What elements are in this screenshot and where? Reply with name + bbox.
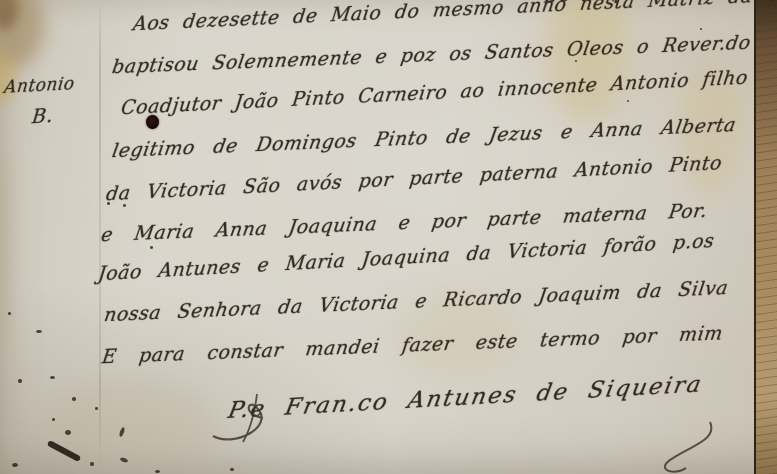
ink-speck <box>52 418 55 421</box>
ink-speck <box>627 100 629 102</box>
ink-blot <box>146 115 159 129</box>
ink-speck <box>72 397 76 401</box>
ink-speck <box>575 60 577 62</box>
record-line-5: da Victoria São avós por parte paterna A… <box>105 152 724 205</box>
stain-top-center <box>548 0 628 122</box>
ink-speck <box>65 430 71 435</box>
record-line-8: nossa Senhora da Victoria e Ricardo Joaq… <box>103 277 730 326</box>
ink-speck <box>120 457 129 463</box>
margin-note-initial: B. <box>31 104 54 128</box>
ink-speck <box>107 202 110 205</box>
stain-left-mid <box>0 150 10 350</box>
ink-slash-mark <box>47 440 82 462</box>
ink-speck <box>230 468 234 471</box>
margin-note-name: Antonio <box>3 74 76 98</box>
stain-top-left-dark <box>0 0 18 30</box>
ink-speck <box>50 376 55 379</box>
record-line-3: Coadjutor João Pinto Carneiro ao innocen… <box>120 66 750 119</box>
ink-speck <box>123 204 126 207</box>
record-line-9: E para constar mandei fazer este termo p… <box>101 322 725 368</box>
ink-speck <box>95 407 98 410</box>
ink-speck <box>118 427 125 438</box>
ink-speck <box>12 463 18 467</box>
ink-speck <box>700 28 702 30</box>
book-edge <box>754 0 777 474</box>
ink-speck <box>8 312 11 315</box>
ink-speck <box>36 330 42 333</box>
ink-speck <box>155 470 160 473</box>
ink-speck <box>150 246 153 249</box>
ink-speck <box>18 379 22 383</box>
signature-flourish <box>205 388 325 448</box>
record-line-1: Aos dezesette de Maio do mesmo anno nest… <box>132 0 777 35</box>
ink-speck <box>90 462 94 466</box>
stain-top-left <box>0 0 44 68</box>
signature-tail-flourish <box>640 420 720 474</box>
manuscript-page: Antonio B. de Siqueira Aos dezesette de … <box>0 0 777 474</box>
